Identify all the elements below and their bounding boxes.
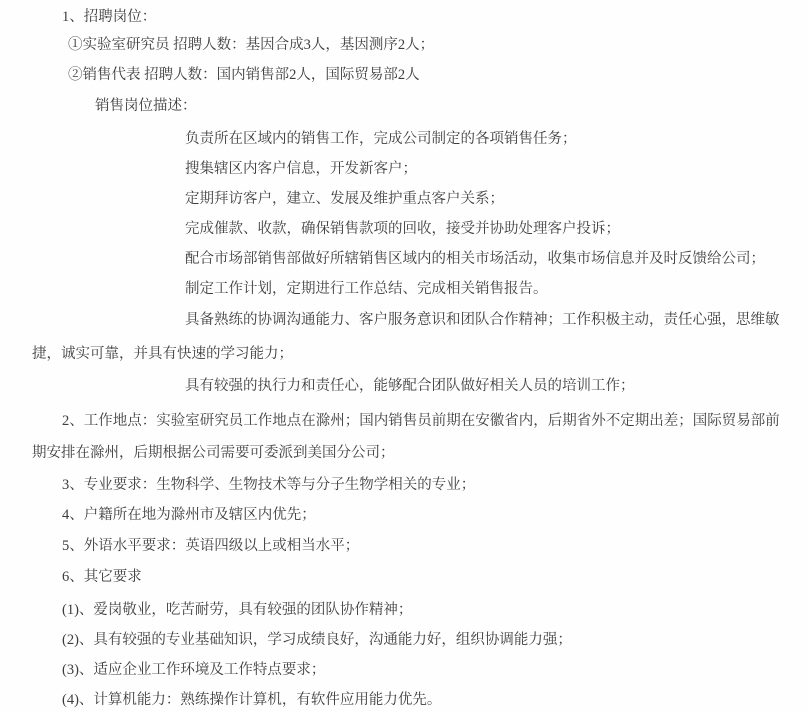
line-other-requirement-4: (4)、计算机能力：熟练操作计算机，有软件应用能力优先。 xyxy=(62,693,441,708)
line-other-requirement-3: (3)、适应企业工作环境及工作特点要求； xyxy=(62,663,325,678)
line-other-requirements-heading: 6、其它要求 xyxy=(62,570,142,585)
line-other-requirement-1: (1)、爱岗敬业，吃苦耐劳，具有较强的团队协作精神； xyxy=(62,603,412,618)
line-sales-execution-requirement: 具有较强的执行力和责任心，能够配合团队做好相关人员的培训工作； xyxy=(185,379,635,394)
line-other-requirement-2: (2)、具有较强的专业基础知识，学习成绩良好，沟通能力好，组织协调能力强； xyxy=(62,633,572,648)
line-residency-preference: 4、户籍所在地为滁州市及辖区内优先； xyxy=(62,508,316,523)
line-major-requirement: 3、专业要求：生物科学、生物技术等与分子生物学相关的专业； xyxy=(62,478,475,493)
line-sales-duty-3: 定期拜访客户，建立、发展及维护重点客户关系； xyxy=(185,192,504,207)
line-sales-duty-6: 制定工作计划，定期进行工作总结、完成相关销售报告。 xyxy=(185,282,548,297)
line-work-location-b: 期安排在滁州，后期根据公司需要可委派到美国分公司； xyxy=(32,446,395,461)
line-lab-researcher-item: ①实验室研究员 招聘人数：基因合成3人，基因测序2人； xyxy=(68,38,434,53)
line-sales-duty-4: 完成催款、收款，确保销售款项的回收，接受并协助处理客户投诉； xyxy=(185,222,620,237)
line-sales-job-description-label: 销售岗位描述： xyxy=(95,99,197,114)
line-sales-trait-requirement-a: 具备熟练的协调沟通能力、客户服务意识和团队合作精神；工作积极主动，责任心强，思维… xyxy=(185,313,780,328)
line-sales-duty-2: 搜集辖区内客户信息，开发新客户； xyxy=(185,162,417,177)
line-sales-duty-1: 负责所在区域内的销售工作，完成公司制定的各项销售任务； xyxy=(185,132,577,147)
line-sales-duty-5: 配合市场部销售部做好所辖销售区域内的相关市场活动，收集市场信息并及时反馈给公司； xyxy=(185,252,765,267)
line-recruitment-positions-heading: 1、招聘岗位： xyxy=(62,10,156,25)
line-language-requirement: 5、外语水平要求：英语四级以上或相当水平； xyxy=(62,539,359,554)
document-page: 1、招聘岗位： ①实验室研究员 招聘人数：基因合成3人，基因测序2人； ②销售代… xyxy=(0,0,809,711)
line-sales-trait-requirement-b: 捷，诚实可靠，并具有快速的学习能力； xyxy=(32,347,293,362)
line-sales-rep-item: ②销售代表 招聘人数：国内销售部2人，国际贸易部2人 xyxy=(68,68,420,83)
line-work-location-a: 2、工作地点：实验室研究员工作地点在滁州；国内销售员前期在安徽省内，后期省外不定… xyxy=(62,414,780,429)
